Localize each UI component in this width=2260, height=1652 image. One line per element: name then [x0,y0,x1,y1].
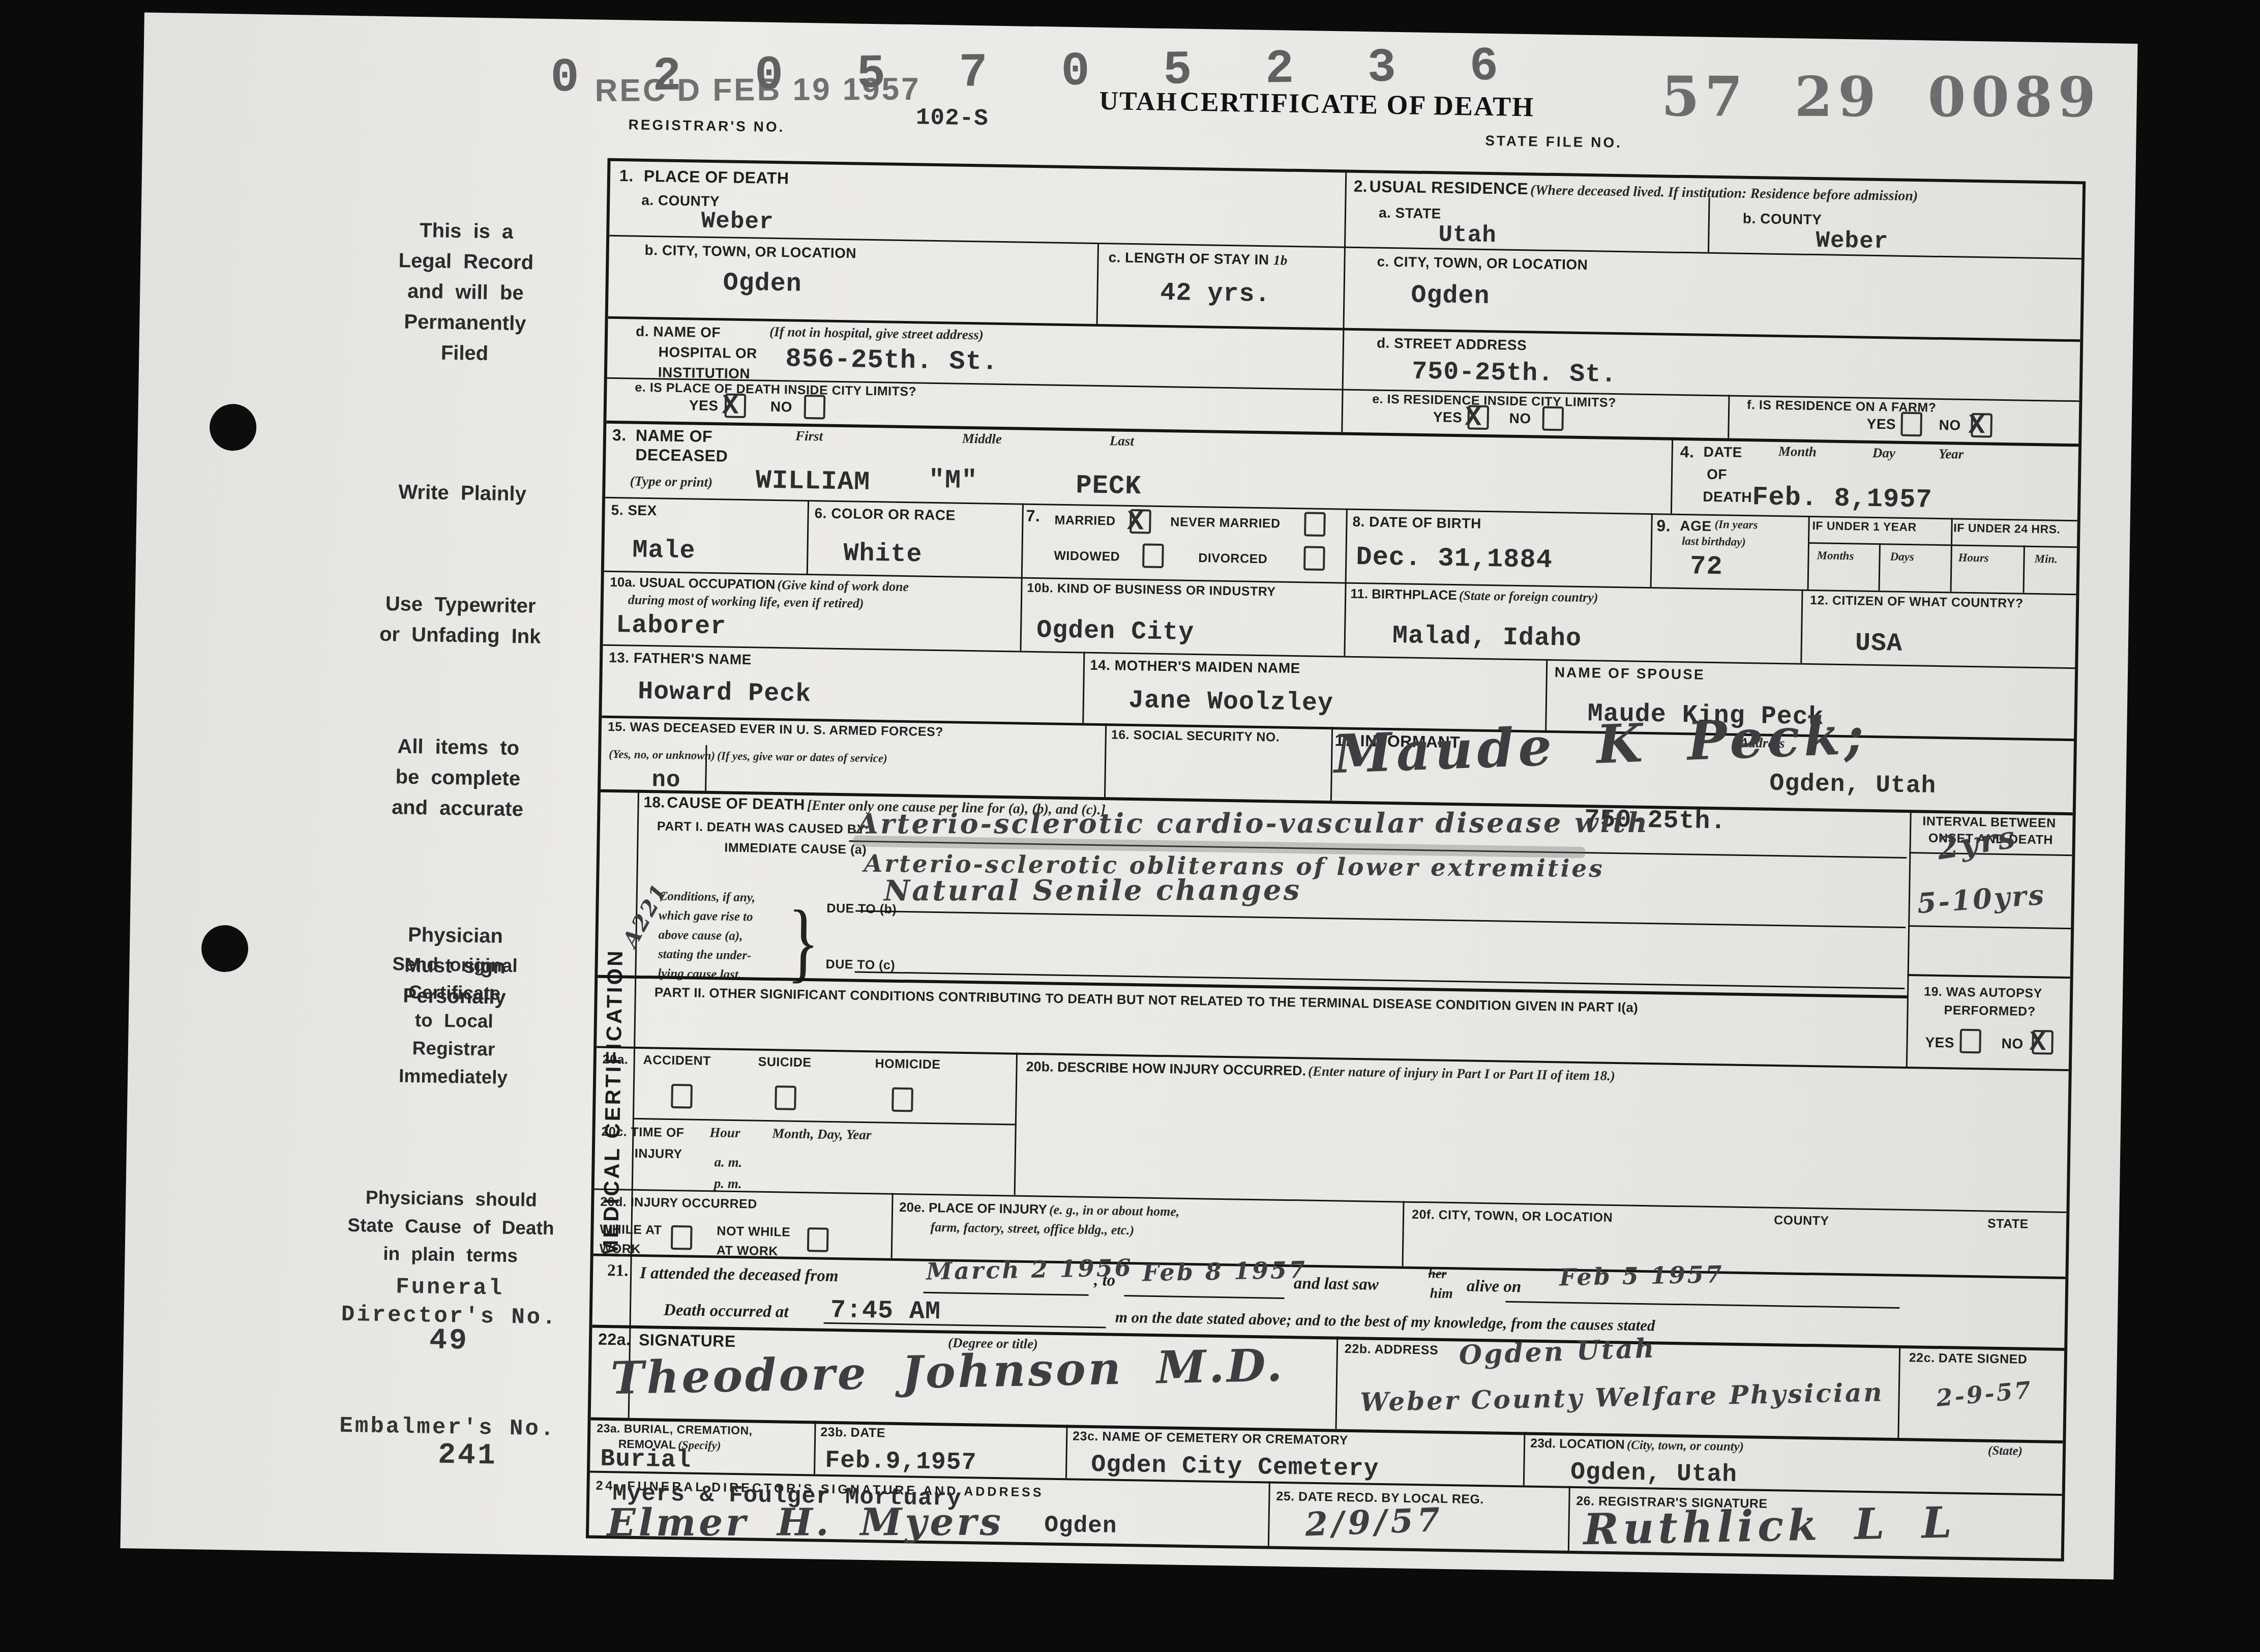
embalmer-no-value: 241 [406,1441,529,1471]
field1b-value: Ogden [723,271,802,297]
autopsy-no-checkbox [2032,1030,2054,1055]
received-stamp: REC'D FEB 19 1957 [595,71,921,109]
field3-first-label: First [795,428,823,445]
certificate-form: MEDICAL CERTIFICATION 1. PLACE OF DEATH … [586,158,2086,1561]
punch-hole-top [209,404,256,451]
field23c-label: 23c. NAME OF CEMETERY OR CREMATORY [1073,1429,1348,1448]
field1e-no-checkbox [804,395,826,420]
field4-label1: DATE [1704,444,1743,461]
field3-last-label: Last [1110,432,1135,449]
field20c-label1: 20c. TIME OF [601,1125,684,1140]
under1yr-months-label: Months [1817,548,1854,563]
field2d-value: 750-25th. St. [1412,360,1617,388]
state-file-label: STATE FILE NO. [1485,133,1622,151]
field6-value: White [843,541,923,568]
field13-value: Howard Peck [638,680,812,707]
field10a-value: Laborer [616,613,727,640]
homicide-checkbox [891,1087,913,1112]
field1e-yes-label: YES [689,397,719,414]
field23d-value: Ogden, Utah [1570,1460,1738,1487]
physician-address1: Ogden Utah [1459,1335,1657,1369]
autopsy-yes-checkbox [1959,1029,1981,1054]
field2e-yes-checkbox [1467,405,1489,430]
field4-number: 4. [1680,442,1694,461]
part1-label: PART I. DEATH WAS CAUSED BY: [657,819,869,837]
medical-certification-label: MEDICAL CERTIFICATION [599,949,628,1258]
field1e-label: e. IS PLACE OF DEATH INSIDE CITY LIMITS? [635,380,916,399]
field9-value: 72 [1690,553,1723,580]
field21-text1: I attended the deceased from [640,1263,839,1287]
field2-title-note: (Where deceased lived. If institution: R… [1530,182,1918,204]
attended-from-date: March 2 1956 [926,1256,1133,1283]
field5-value: Male [632,538,696,565]
field3-label2: DECEASED [635,446,728,466]
field2e-no-label: NO [1509,410,1531,427]
field2-title: USUAL RESIDENCE [1369,177,1528,198]
conditions-note: Conditions, if any,which gave rise to ab… [658,887,755,985]
homicide-label: HOMICIDE [875,1056,940,1072]
field3-note: (Type or print) [630,473,712,491]
field15-label: 15. WAS DECEASED EVER IN U. S. ARMED FOR… [608,720,943,740]
field20e-note2: farm, factory, street, office bldg., etc… [930,1219,1134,1238]
punch-hole-bottom [201,925,248,972]
margin-plain-terms: Physicians shouldState Cause of Death in… [287,1182,614,1271]
field20a-number: 20a. [603,1052,629,1068]
field3-first-value: WILLIAM [755,467,870,496]
field2f-no-checkbox [1971,413,1993,438]
field2b-label: b. COUNTY [1743,211,1822,228]
field4-month-label: Month [1778,443,1817,460]
field9-note1: (In years [1714,517,1758,532]
field2-number: 2. [1354,177,1367,195]
field14-value: Jane Woolzley [1128,688,1334,717]
field9-label: AGE [1680,518,1712,535]
field1e-no-label: NO [770,399,793,416]
field22a-number: 22a. [598,1330,631,1349]
field23b-label: 23b. DATE [820,1425,885,1441]
field2f-yes-label: YES [1866,416,1896,433]
suicide-checkbox [775,1085,796,1110]
field21-text4: alive on [1467,1277,1522,1297]
physician-signature: Theodore Johnson M.D. [610,1343,1285,1400]
field22c-label: 22c. DATE SIGNED [1909,1350,2028,1367]
field8-value: Dec. 31,1884 [1356,544,1553,574]
field20f-label: 20f. CITY, TOWN, OR LOCATION [1412,1207,1613,1225]
field1b-label: b. CITY, TOWN, OR LOCATION [644,242,856,262]
field1a-label: a. COUNTY [641,192,720,210]
margin-legal-record: This is aLegal Record and will bePermane… [322,214,609,371]
field1-number: 1. [619,166,634,185]
state-label: STATE [1987,1217,2029,1232]
autopsy-no-label: NO [2001,1036,2024,1052]
under24hr-hours-label: Hours [1958,551,1989,566]
field4-day-label: Day [1872,445,1895,461]
field3-middle-label: Middle [962,430,1002,448]
field21-number: 21. [607,1261,629,1281]
hour-label: Hour [709,1124,740,1141]
cause-a-line1: Arterio-sclerotic cardio-vascular diseas… [857,809,1649,838]
field7-number: 7. [1026,507,1040,525]
under1yr-days-label: Days [1890,549,1914,564]
field1c-value: 42 yrs. [1160,281,1271,308]
under24hr-label: IF UNDER 24 HRS. [1953,521,2060,536]
field20c-label2: INJURY [635,1146,682,1162]
field4-label2: OF [1707,466,1727,483]
field8-label: 8. DATE OF BIRTH [1352,514,1481,532]
physician-address2: Weber County Welfare Physician [1360,1380,1884,1415]
field10b-label: 10b. KIND OF BUSINESS OR INDUSTRY [1027,581,1276,599]
date-signed-value: 2-9-57 [1936,1378,2034,1410]
informant-address1: Ogden, Utah [1769,772,1937,799]
death-time-value: 7:45 AM [830,1298,941,1325]
funeral-director-signature: Elmer H. Myers [607,1503,1004,1542]
field15-note2: (If yes, give war or dates of service) [717,749,887,765]
margin-typewriter: Use Typewriteror Unfading Ink [317,587,603,653]
field2a-label: a. STATE [1379,205,1441,222]
field2d-label: d. STREET ADDRESS [1377,335,1527,354]
accident-label: ACCIDENT [643,1053,711,1069]
field16-label: 16. SOCIAL SECURITY NO. [1111,727,1280,745]
field7-married-label: MARRIED [1054,513,1116,529]
field22a-label: SIGNATURE [639,1331,736,1351]
cause-b-value: Natural Senile changes [884,876,1301,905]
autopsy-yes-label: YES [1925,1035,1954,1051]
field12-label: 12. CITIZEN OF WHAT COUNTRY? [1810,593,2024,611]
field2f-no-label: NO [1939,417,1961,434]
field1e-yes-checkbox [725,393,747,418]
field3-last-value: PECK [1076,473,1142,500]
attended-to-date: Feb 8 1957 [1142,1258,1307,1284]
field9-number: 9. [1656,516,1671,535]
while-at-work-checkbox [671,1225,693,1250]
certificate-sheet: 0 2 0 5 7 0 5 2 3 6 REC'D FEB 19 1957 10… [121,12,2138,1579]
field3-middle-value: "M" [928,467,977,495]
field4-label3: DEATH [1703,489,1752,506]
field7-divorced-checkbox [1303,546,1325,571]
field21-text6: m on the date stated above; and to the b… [1115,1308,1655,1335]
field1c-label: c. LENGTH OF STAY IN 1b [1108,249,1288,269]
field7-never-checkbox [1304,512,1326,537]
field2c-label: c. CITY, TOWN, OR LOCATION [1377,254,1588,274]
field7-widowed-checkbox [1142,543,1164,568]
not-while-label: NOT WHILE [717,1224,790,1240]
spouse-label: NAME OF SPOUSE [1555,664,1705,683]
field23a-value: Burial [600,1447,692,1473]
autopsy-label2: PERFORMED? [1944,1003,2035,1019]
registrar-signature: Ruthlick L L [1583,1501,1956,1551]
field14-label: 14. MOTHER'S MAIDEN NAME [1090,657,1300,677]
last-seen-date: Feb 5 1957 [1559,1262,1724,1289]
field11-value: Malad, Idaho [1392,624,1582,652]
field7-married-checkbox [1129,509,1151,534]
field1d-value: 856-25th. St. [785,346,998,376]
field23d-state-note: (State) [1988,1443,2023,1459]
county-label: COUNTY [1774,1213,1829,1228]
accident-checkbox [671,1084,693,1109]
field10b-value: Ogden City [1036,618,1195,646]
margin-complete: All items tobe complete and accurate [315,730,601,826]
field7-widowed-label: WIDOWED [1054,549,1120,565]
field2a-value: Utah [1438,223,1497,247]
interval-b-value: 5-10yrs [1916,880,2047,917]
state-file-stamp: 57 29 0089 [1661,65,2101,130]
field22b-label: 22b. ADDRESS [1345,1342,1439,1358]
field2-title-row: 2. USUAL RESIDENCE (Where deceased lived… [1354,177,1918,204]
registrar-no-value: 102-S [916,106,989,130]
field5-label: 5. SEX [611,502,657,519]
field1d-note: (If not in hospital, give street address… [769,323,984,343]
pm-label: p. m. [714,1175,742,1192]
not-while-at-work-checkbox [807,1227,829,1252]
field2e-yes-label: YES [1433,409,1463,426]
margin-write-plainly: Write Plainly [320,476,605,511]
field15-note1: (Yes, no, or unknown) [609,747,715,763]
field23c-value: Ogden City Cemetery [1091,1453,1379,1482]
registrar-no-label: REGISTRAR'S NO. [628,116,785,135]
field2c-value: Ogden [1411,283,1490,310]
suicide-label: SUICIDE [758,1055,811,1070]
mdy-label: Month, Day, Year [772,1125,872,1143]
field10a-label-row: 10a. USUAL OCCUPATION (Give kind of work… [610,574,909,595]
field6-label: 6. COLOR OR RACE [814,505,956,524]
am-label: a. m. [714,1154,742,1170]
field3-number: 3. [612,426,627,445]
field12-value: USA [1855,631,1902,657]
due-to-c-label: DUE TO (c) [826,957,896,973]
field23d-label-row: 23d. LOCATION (City, town, or county) [1530,1436,1744,1455]
field10a-note2: during most of working life, even if ret… [628,592,864,611]
field1d-label2: HOSPITAL OR [658,344,757,362]
field1d-label1: d. NAME OF [636,323,721,341]
field9-note2: last birthday) [1682,534,1746,549]
field13-label: 13. FATHER'S NAME [609,650,752,668]
field2e-label: e. IS RESIDENCE INSIDE CITY LIMITS? [1372,392,1616,410]
field2b-value: Weber [1816,229,1889,253]
him-label: him [1430,1285,1453,1302]
field23b-value: Feb.9,1957 [825,1449,977,1476]
field20d-label: 20d. INJURY OCCURRED [600,1195,757,1212]
funeral-city-value: Ogden [1044,1514,1117,1538]
field3-label1: NAME OF [636,426,713,446]
field2f-yes-checkbox [1900,412,1922,437]
field2e-no-checkbox [1542,406,1564,431]
funeral-director-no-value: 49 [398,1326,500,1356]
field23a-label1: 23a. BURIAL, CREMATION, [597,1422,753,1437]
field21-text5: Death occurred at [664,1301,789,1322]
field11-label-row: 11. BIRTHPLACE (State or foreign country… [1350,586,1598,606]
field7-divorced-label: DIVORCED [1198,551,1267,567]
field1a-value: Weber [701,210,774,234]
under24hr-min-label: Min. [2034,552,2058,566]
autopsy-label1: 19. WAS AUTOPSY [1924,985,2042,1001]
field7-never-label: NEVER MARRIED [1170,515,1281,531]
field4-value: Feb. 8,1957 [1752,484,1932,514]
field1-title: PLACE OF DEATH [644,167,789,188]
field20e-label-row: 20e. PLACE OF INJURY (e. g., in or about… [899,1199,1180,1220]
funeral-director-no-label: FuneralDirector's No. [286,1271,613,1333]
field15-value: no [651,768,681,792]
margin-send-original: Send originalCertificate to LocalRegistr… [311,949,598,1093]
under1yr-label: IF UNDER 1 YEAR [1812,519,1917,534]
immediate-cause-label: IMMEDIATE CAUSE (a) [724,841,867,858]
field4-year-label: Year [1939,446,1964,462]
date-received-value: 2/9/57 [1304,1504,1444,1542]
